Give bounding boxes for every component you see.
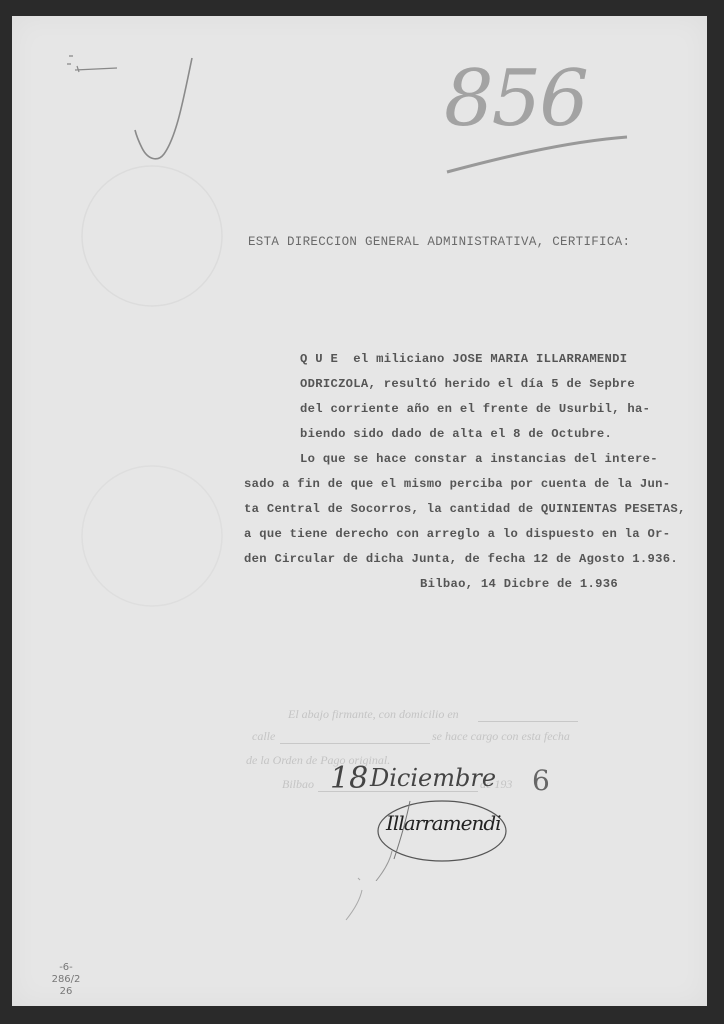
body-line-5: Lo que se hace constar a instancias del … [300, 452, 658, 466]
pencil-mark-icon [57, 48, 127, 88]
body-line-8: a que tiene derecho con arreglo a lo dis… [244, 527, 670, 541]
stamp-underline [280, 743, 430, 744]
signature-oval-icon [372, 791, 512, 881]
handwritten-month: Diciembre [370, 764, 496, 792]
body-line-1: Q U E el miliciano JOSE MARIA ILLARRAMEN… [300, 352, 627, 366]
place-date: Bilbao, 14 Dicbre de 1.936 [420, 577, 618, 591]
signature: Illarramendi [372, 791, 512, 881]
body-line-6: sado a fin de que el mismo perciba por c… [244, 477, 670, 491]
document-page: 856 ESTA DIRECCION GENERAL ADMINISTRATIV… [12, 16, 707, 1006]
archive-line-1: -6- [46, 962, 86, 974]
signature-text: Illarramendi [386, 811, 501, 835]
archive-marks: -6- 286/2 26 [46, 962, 86, 998]
handwritten-day: 18 [330, 761, 368, 796]
body-line-3: del corriente año en el frente de Usurbi… [300, 402, 650, 416]
stamp-underline [478, 721, 578, 722]
certificate-heading: ESTA DIRECCION GENERAL ADMINISTRATIVA, C… [248, 235, 630, 249]
body-line-4: biendo sido dado de alta el 8 de Octubre… [300, 427, 612, 441]
stamp-line-4-prefix: Bilbao [282, 777, 314, 792]
handwritten-year-digit: 6 [532, 764, 550, 797]
watermark-icon [52, 106, 252, 626]
stamp-line-2-prefix: calle [252, 729, 275, 744]
pencil-stroke-icon [342, 876, 372, 926]
body-line-9: den Circular de dicha Junta, de fecha 12… [244, 552, 678, 566]
stamp-line-2-suffix: se hace cargo con esta fecha [432, 729, 570, 744]
folio-number: 856 [432, 42, 632, 192]
folio-text: 856 [444, 54, 587, 144]
archive-line-3: 26 [46, 986, 86, 998]
archive-line-2: 286/2 [46, 974, 86, 986]
body-line-7: ta Central de Socorros, la cantidad de Q… [244, 502, 686, 516]
stamp-line-3: de la Orden de Pago original. [246, 753, 390, 768]
stamp-line-1: El abajo firmante, con domicilio en [288, 707, 459, 722]
body-line-2: ODRICZOLA, resultó herido el día 5 de Se… [300, 377, 635, 391]
